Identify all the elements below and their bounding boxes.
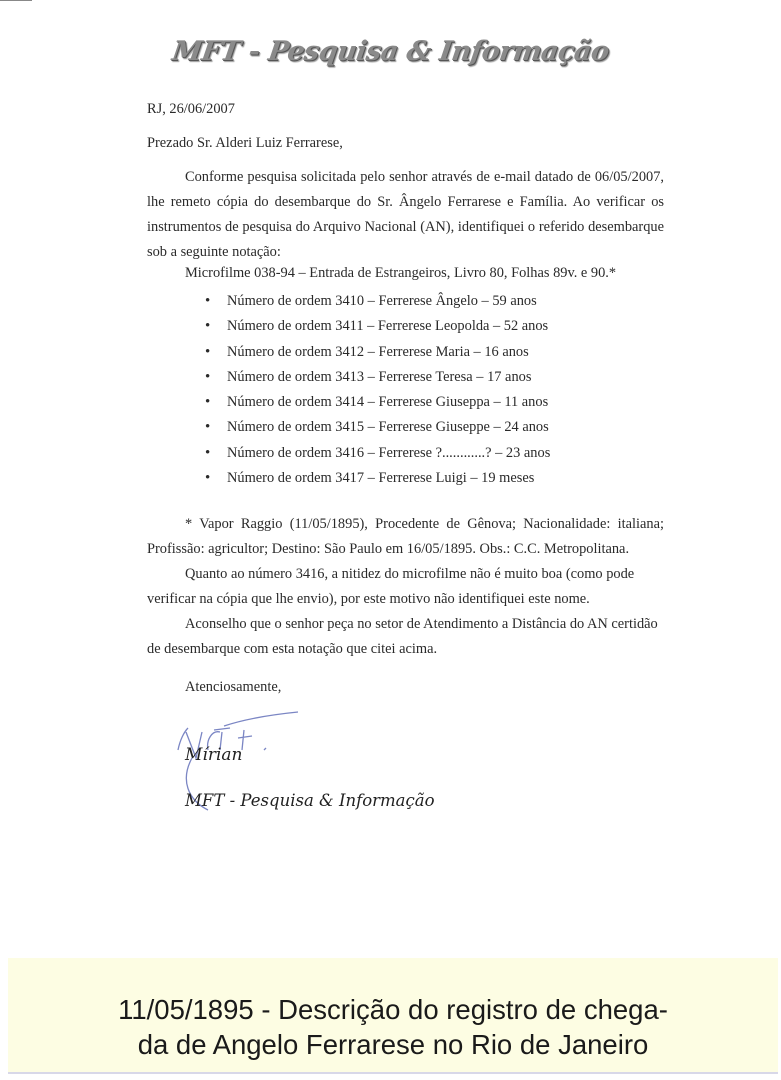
signer-name: Mírian [185, 745, 243, 765]
caption-line-1: 11/05/1895 - Descrição do registro de ch… [8, 992, 778, 1027]
caption-text: 11/05/1895 - Descrição do registro de ch… [8, 992, 778, 1062]
letter-greeting: Prezado Sr. Alderi Luiz Ferrarese, [147, 131, 664, 156]
list-item: Número de ordem 3412 – Ferrerese Maria –… [205, 340, 550, 365]
microfilm-notation: Microfilme 038-94 – Entrada de Estrangei… [185, 265, 616, 282]
list-item: Número de ordem 3415 – Ferrerese Giusepp… [205, 415, 550, 440]
signer-organization: MFT - Pesquisa & Informação [185, 791, 435, 810]
list-item: Número de ordem 3410 – Ferrerese Ângelo … [205, 289, 550, 314]
letterhead-logo: MFT - Pesquisa & Informação [0, 36, 781, 67]
letter-date: RJ, 26/06/2007 [147, 97, 664, 122]
letter-paragraph-advice: Aconselho que o senhor peça no setor de … [147, 612, 664, 662]
list-item: Número de ordem 3411 – Ferrerese Leopold… [205, 314, 550, 339]
footnote-vessel-info: * Vapor Raggio (11/05/1895), Procedente … [147, 512, 664, 562]
passenger-list: Número de ordem 3410 – Ferrerese Ângelo … [205, 289, 550, 491]
list-item: Número de ordem 3416 – Ferrerese ?......… [205, 441, 550, 466]
list-item: Número de ordem 3414 – Ferrerese Giusepp… [205, 390, 550, 415]
letter-paragraph-intro: Conforme pesquisa solicitada pelo senhor… [147, 165, 664, 265]
list-item: Número de ordem 3413 – Ferrerese Teresa … [205, 365, 550, 390]
letter-closing: Atenciosamente, [185, 679, 281, 696]
caption-line-2: da de Angelo Ferrarese no Rio de Janeiro [8, 1027, 778, 1062]
caption-banner: 11/05/1895 - Descrição do registro de ch… [8, 958, 778, 1074]
list-item: Número de ordem 3417 – Ferrerese Luigi –… [205, 466, 550, 491]
scan-edge-line [0, 0, 32, 1]
letter-paragraph-legibility: Quanto ao número 3416, a nitidez do micr… [147, 562, 664, 612]
